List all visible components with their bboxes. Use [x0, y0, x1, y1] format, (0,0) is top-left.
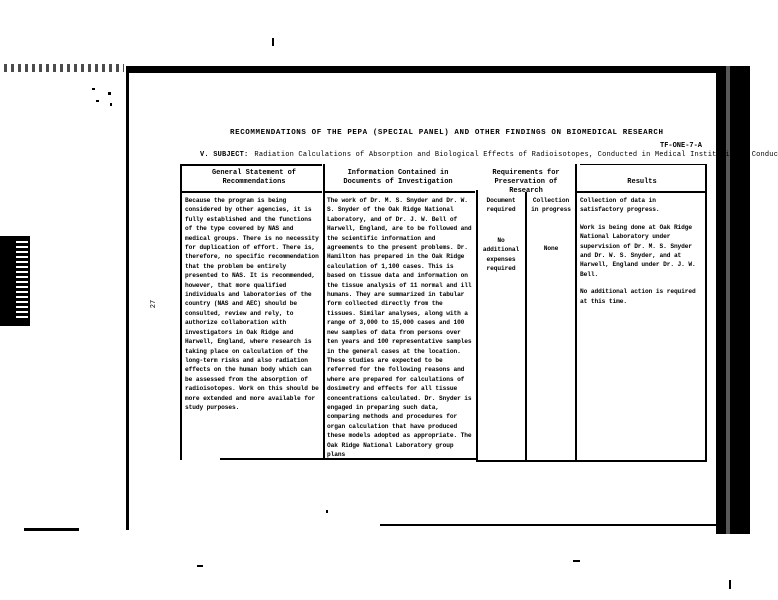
scan-noise-bottom-left [24, 528, 79, 531]
table-rule [323, 164, 325, 460]
table-rule [325, 191, 475, 193]
cell-requirements-subheader-a: Document required [478, 196, 524, 220]
document-reference: TF-ONE-7-A [660, 142, 702, 150]
page-frame-top [126, 66, 718, 73]
scan-speck [108, 92, 111, 95]
scan-speck [92, 88, 95, 90]
table-rule [476, 190, 478, 460]
document-title: RECOMMENDATIONS OF THE PEPA (SPECIAL PAN… [230, 129, 660, 137]
recommendations-table: General Statement of Recommendations Inf… [180, 164, 707, 460]
page-frame-left [126, 70, 129, 530]
results-paragraph: Work is being done at Oak Ridge National… [580, 223, 702, 279]
header-information: Information Contained in Documents of In… [328, 169, 468, 187]
scan-noise-left-strip [16, 238, 28, 318]
subject-line: V. SUBJECT:Radiation Calculations of Abs… [200, 151, 700, 159]
header-results: Results [580, 178, 704, 187]
scan-speck [729, 580, 731, 589]
subject-text: Radiation Calculations of Absorption and… [254, 151, 778, 159]
table-rule [180, 164, 182, 460]
table-rule [220, 458, 478, 460]
cell-information: The work of Dr. M. S. Snyder and Dr. W. … [327, 196, 473, 458]
table-rule [705, 164, 707, 460]
scan-speck [573, 560, 580, 562]
table-rule [476, 460, 707, 462]
table-rule [580, 164, 707, 165]
scan-speck [326, 510, 328, 513]
cell-requirements-a: No additional expenses required [478, 236, 524, 276]
page-frame-right-highlight [726, 66, 730, 534]
page-number: 27 [150, 300, 158, 308]
table-rule [575, 164, 577, 460]
table-rule [182, 191, 322, 193]
table-rule [182, 164, 322, 166]
page-frame-right [716, 66, 750, 534]
cell-requirements-b: None [528, 244, 574, 256]
header-general-statement: General Statement of Recommendations [188, 169, 320, 187]
results-paragraph: No additional action is required at this… [580, 287, 702, 306]
scan-speck [272, 38, 274, 46]
header-requirements: Requirements for Preservation of Researc… [478, 169, 574, 196]
page-frame-bottom [380, 524, 720, 526]
results-paragraph: Collection of data in satisfactory progr… [580, 196, 702, 215]
scan-speck [197, 565, 203, 567]
cell-general-statement: Because the program is being considered … [185, 196, 321, 458]
cell-results: Collection of data in satisfactory progr… [580, 196, 702, 458]
table-rule [525, 192, 527, 460]
cell-requirements-subheader-b: Collection in progress [528, 196, 574, 226]
subject-label: V. SUBJECT: [200, 151, 248, 159]
table-rule [576, 191, 707, 193]
scan-speck [110, 103, 112, 106]
scan-speck [96, 100, 99, 102]
scan-noise-top [4, 64, 124, 72]
